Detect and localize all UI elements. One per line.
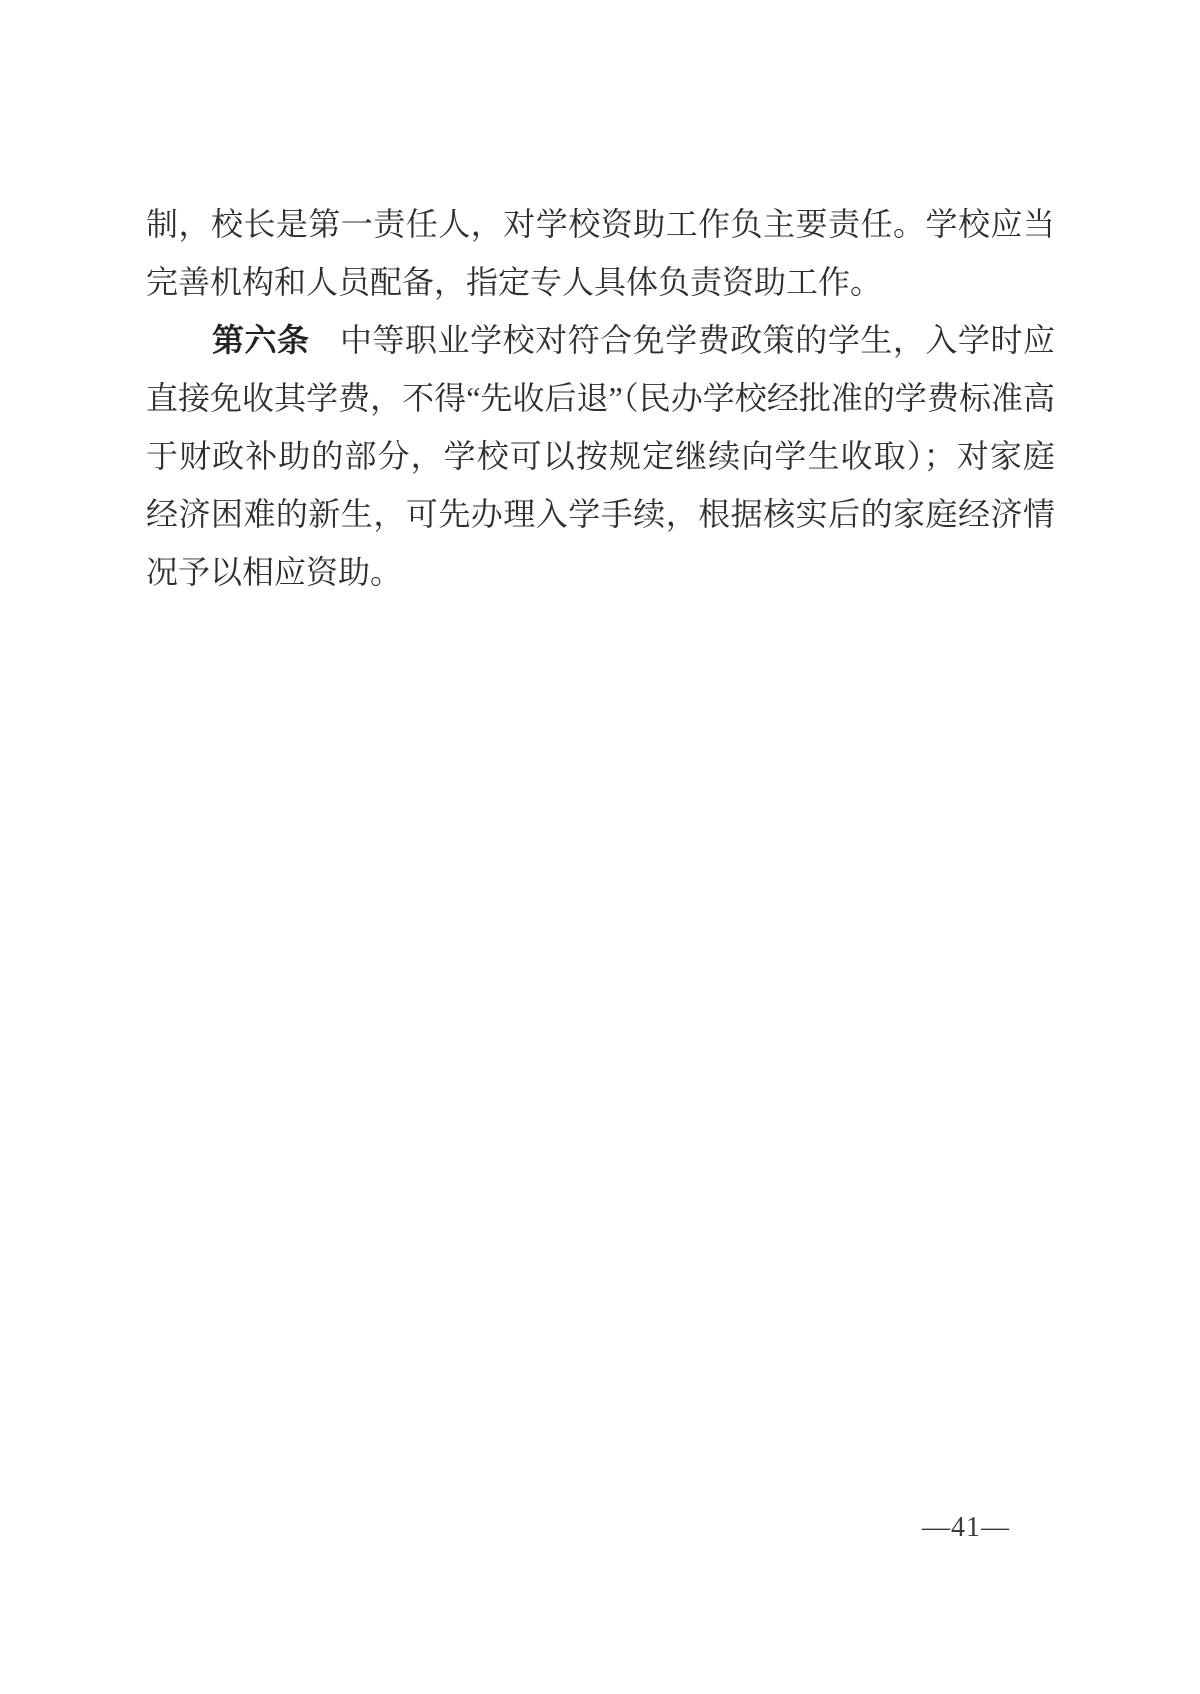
article-number-label: 第六条	[212, 322, 310, 358]
page-number: —41—	[922, 1512, 1010, 1544]
document-page: 制，校长是第一责任人，对学校资助工作负主要责任。学校应当完善机构和人员配备，指定…	[0, 0, 1200, 1694]
paragraph-continuation: 制，校长是第一责任人，对学校资助工作负主要责任。学校应当完善机构和人员配备，指定…	[146, 195, 1055, 311]
document-body: 制，校长是第一责任人，对学校资助工作负主要责任。学校应当完善机构和人员配备，指定…	[146, 195, 1055, 601]
article6-body-text: 中等职业学校对符合免学费政策的学生，入学时应直接免收其学费，不得“先收后退”（民…	[146, 322, 1055, 590]
paragraph-article6: 第六条中等职业学校对符合免学费政策的学生，入学时应直接免收其学费，不得“先收后退…	[146, 311, 1055, 601]
